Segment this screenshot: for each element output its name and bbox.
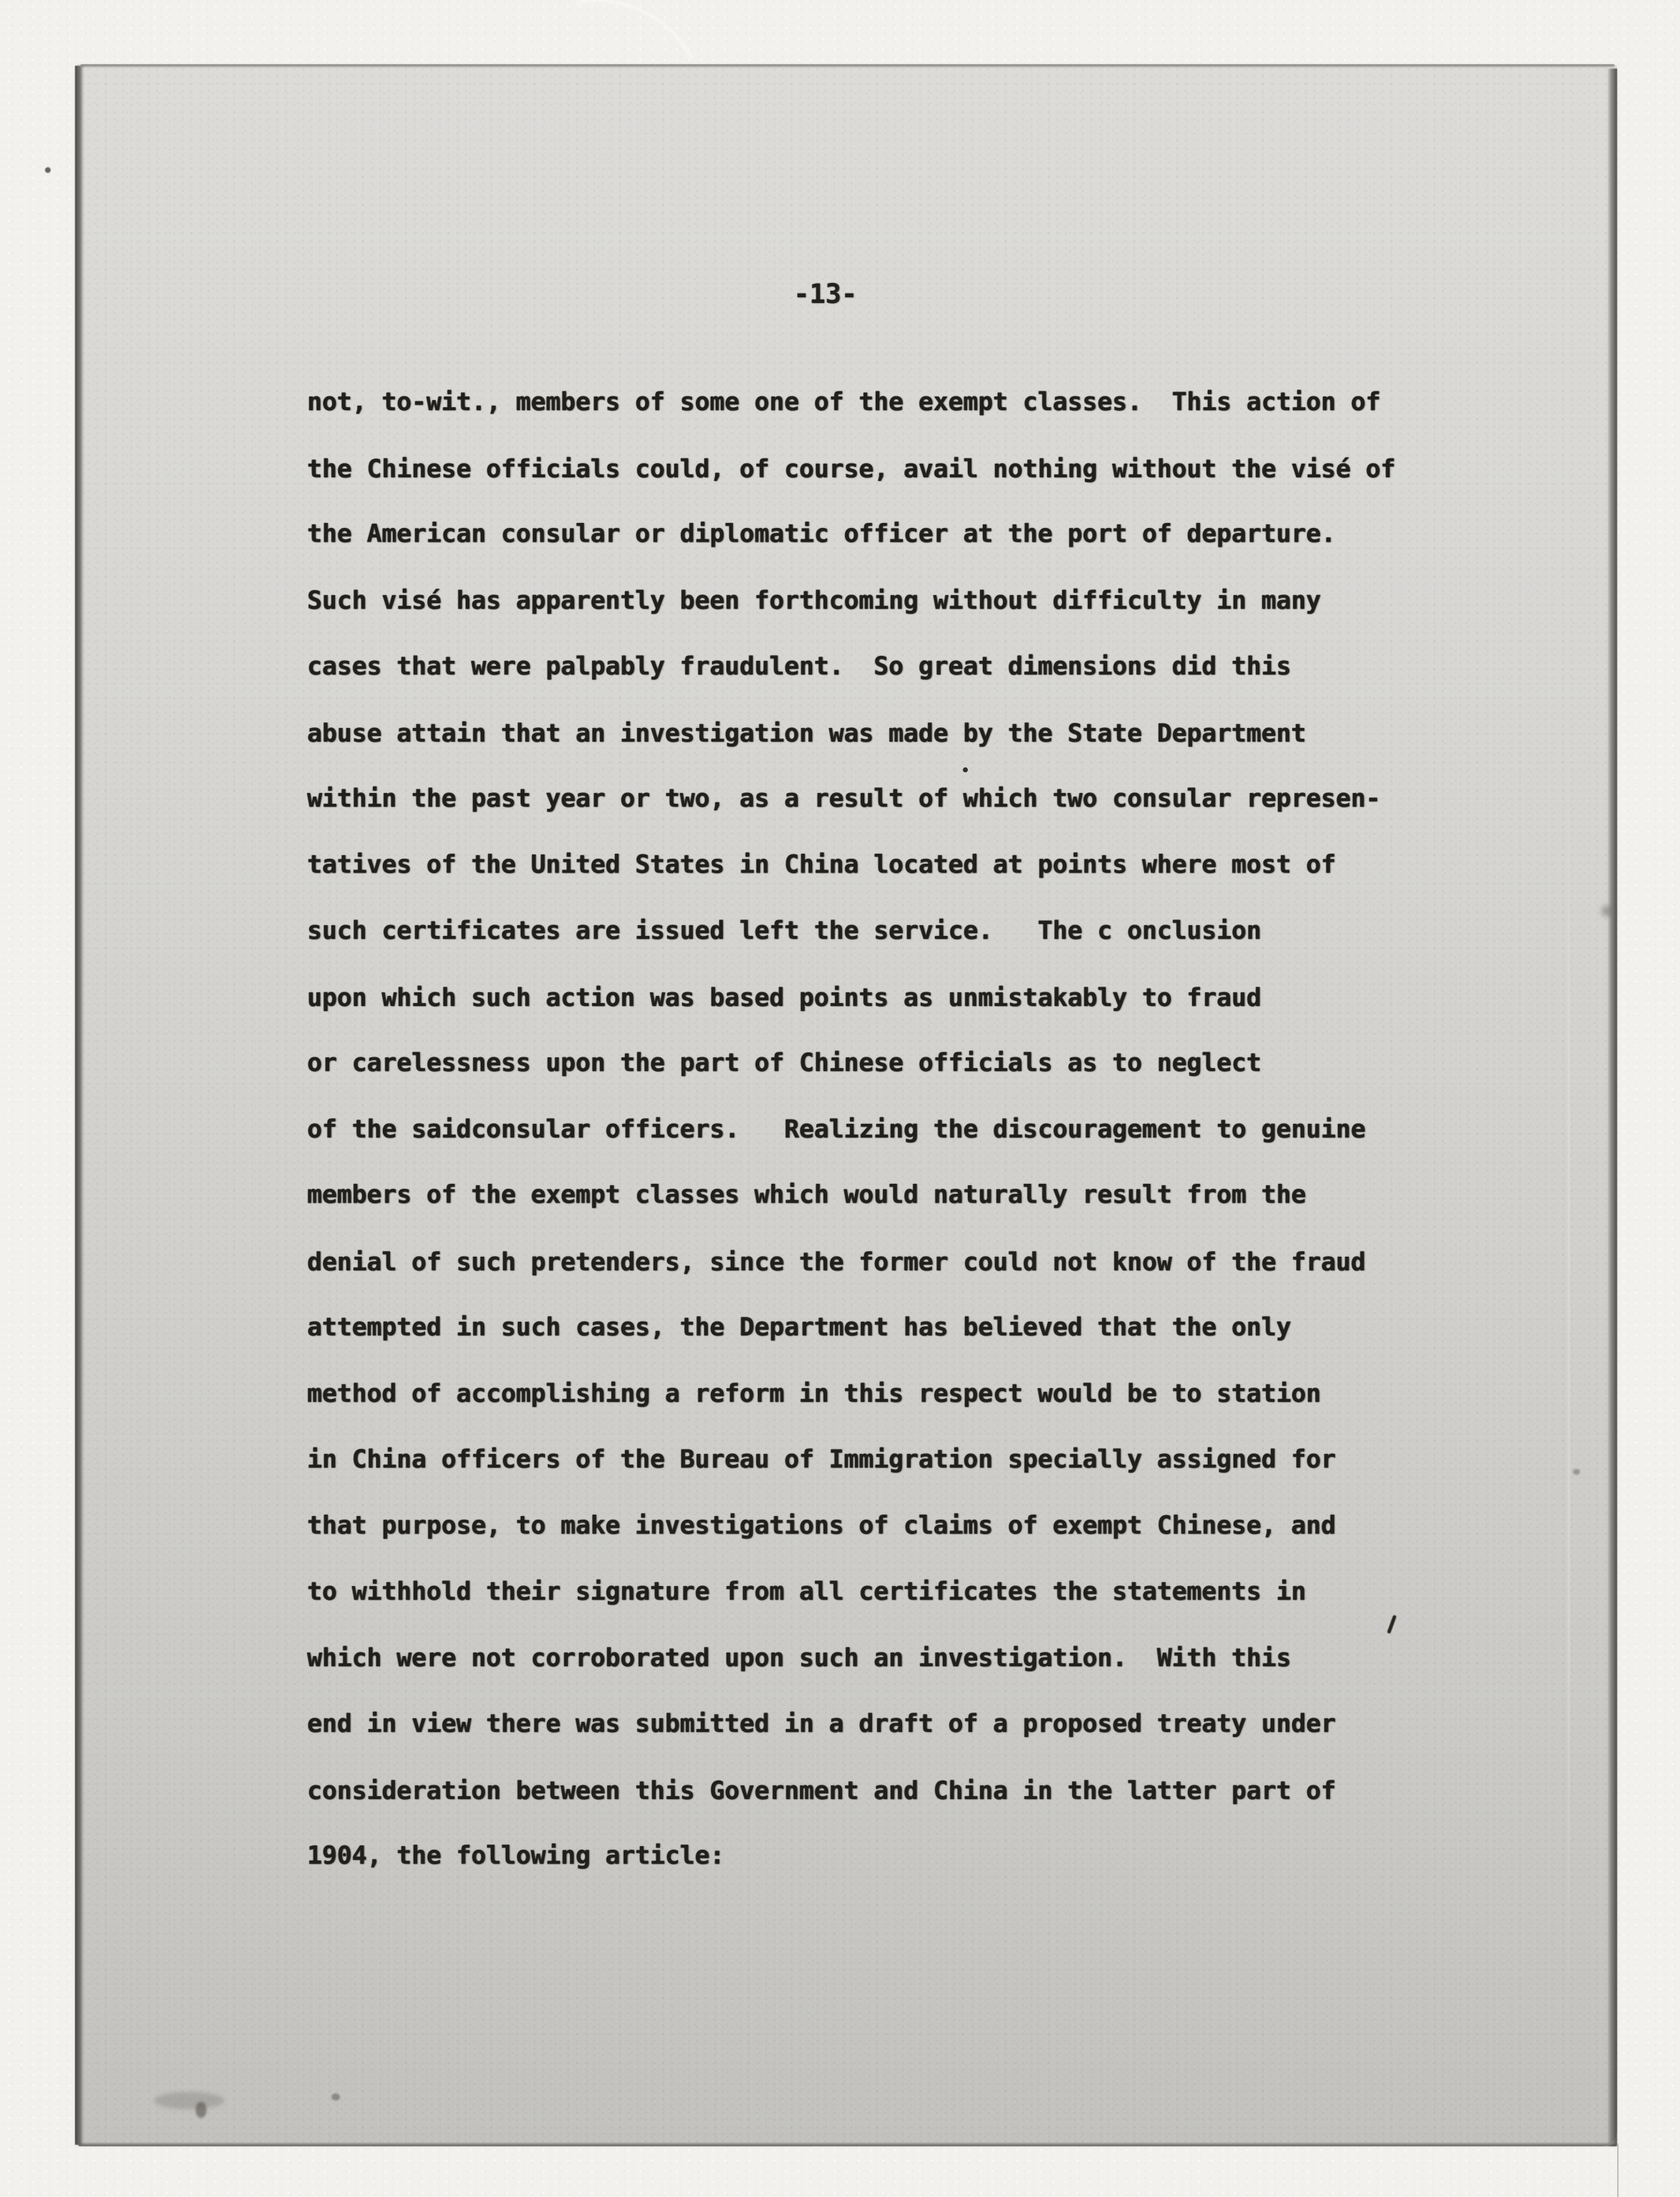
- text-line: or carelessness upon the part of Chinese…: [307, 1030, 1479, 1097]
- text-line: attempted in such cases, the Department …: [307, 1295, 1479, 1361]
- text-line: method of accomplishing a reform in this…: [307, 1361, 1479, 1428]
- text-line: to withhold their signature from all cer…: [307, 1559, 1479, 1625]
- text-line: which were not corroborated upon such an…: [307, 1625, 1479, 1692]
- scan-smudge: [196, 2102, 206, 2118]
- text-line: upon which such action was based points …: [307, 965, 1479, 1031]
- text-line: not, to-wit., members of some one of the…: [307, 369, 1479, 436]
- text-line: members of the exempt classes which woul…: [307, 1162, 1479, 1228]
- text-line: such certificates are issued left the se…: [307, 898, 1479, 965]
- body-text: not, to-wit., members of some one of the…: [307, 369, 1479, 1890]
- text-line: denial of such pretenders, since the for…: [307, 1229, 1479, 1295]
- text-line: that purpose, to make investigations of …: [307, 1493, 1479, 1559]
- paper-top-edge: [81, 64, 1614, 68]
- page-number: -13-: [54, 279, 1596, 310]
- text-line: tatives of the United States in China lo…: [307, 832, 1479, 898]
- text-line: consideration between this Government an…: [307, 1758, 1479, 1824]
- text-line: of the saidconsular officers. Realizing …: [307, 1097, 1479, 1163]
- text-line: end in view there was submitted in a dra…: [307, 1691, 1479, 1758]
- scan-smudge: [154, 2092, 224, 2109]
- scanner-background: -13- not, to-wit., members of some one o…: [0, 0, 1680, 2197]
- scan-speck: [331, 2093, 340, 2101]
- scan-speck: [45, 167, 51, 173]
- text-line: Such visé has apparently been forthcomin…: [307, 568, 1479, 634]
- scan-smudge: [1597, 903, 1617, 919]
- scan-speck: [1573, 1469, 1580, 1475]
- paper-crease: [1568, 693, 1570, 2051]
- text-line: the Chinese officials could, of course, …: [307, 436, 1479, 502]
- text-line: abuse attain that an investigation was m…: [307, 700, 1479, 767]
- text-line: 1904, the following article:: [307, 1823, 1479, 1889]
- stray-dot-mark: [963, 767, 968, 772]
- text-line: within the past year or two, as a result…: [307, 766, 1479, 832]
- text-line: cases that were palpably fraudulent. So …: [307, 634, 1479, 700]
- text-line: the American consular or diplomatic offi…: [307, 501, 1479, 567]
- paper-left-edge: [75, 66, 84, 2145]
- document-page: -13- not, to-wit., members of some one o…: [75, 64, 1617, 2146]
- text-line: in China officers of the Bureau of Immig…: [307, 1427, 1479, 1493]
- paper-bottom-edge: [79, 2142, 1616, 2146]
- paper-right-edge: [1607, 69, 1617, 2146]
- scanner-line-artifact: [1617, 2143, 1619, 2197]
